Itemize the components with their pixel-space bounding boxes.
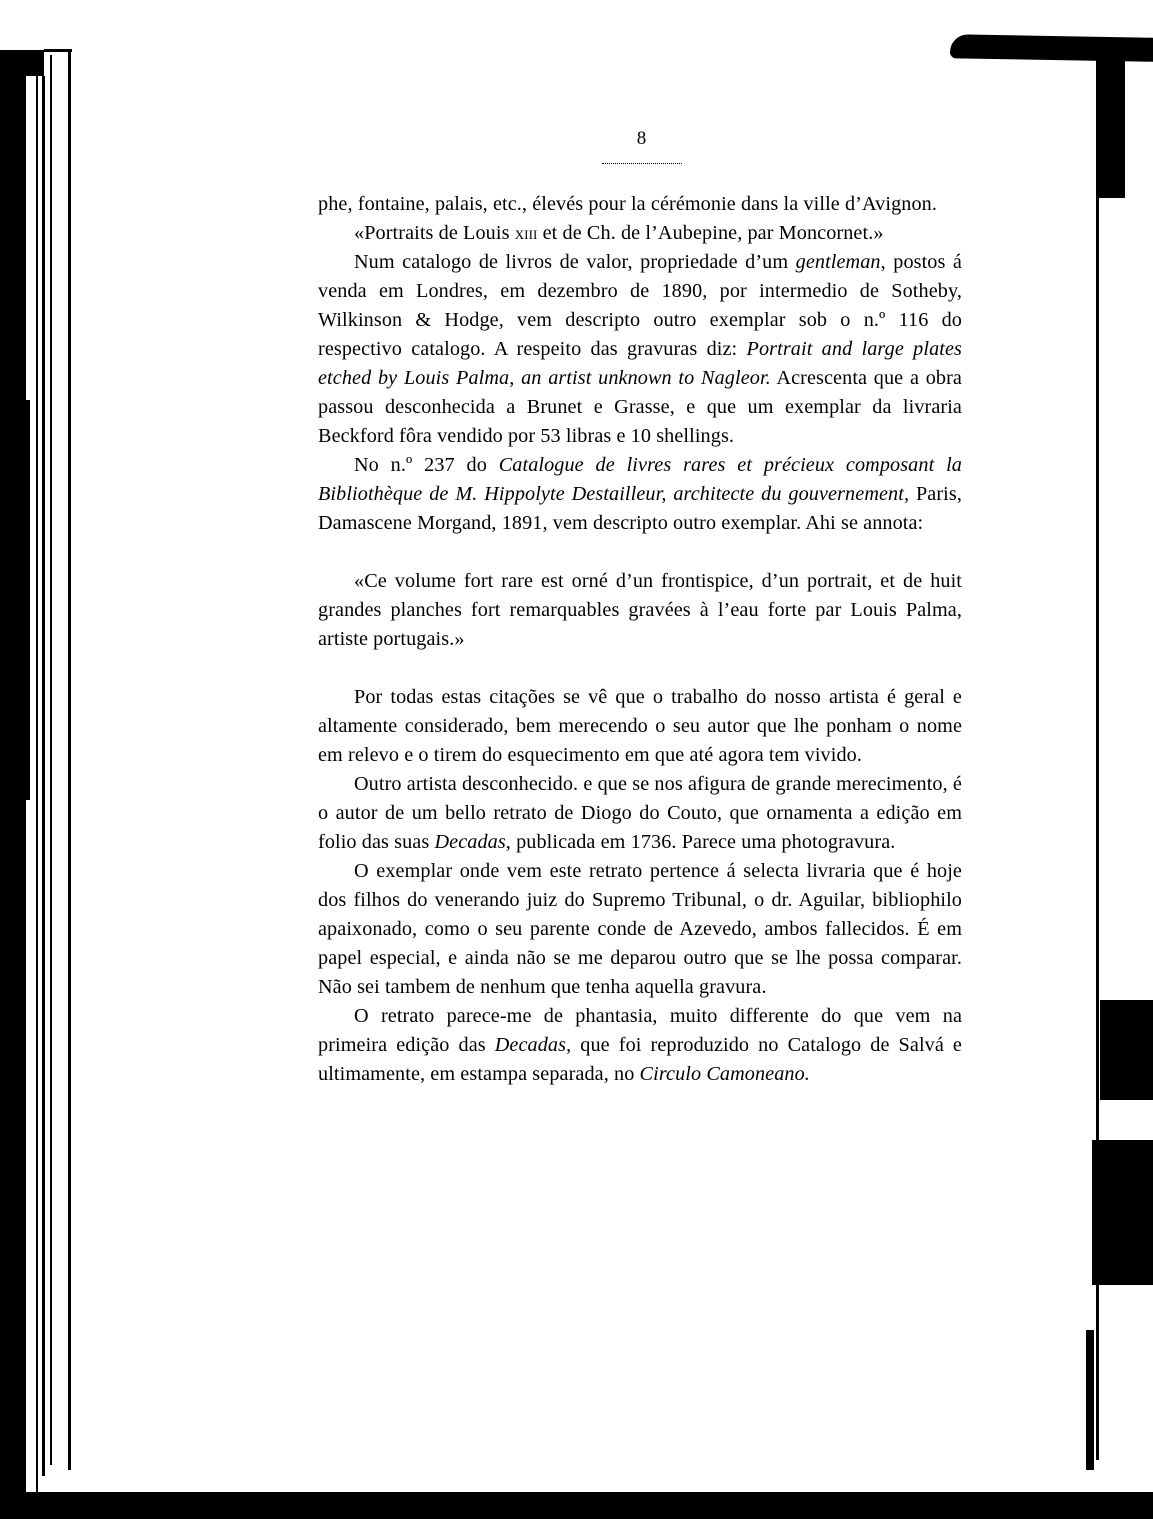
- paragraph: No n.º 237 do Catalogue de livres rares …: [318, 451, 962, 538]
- page-edge-right: [1096, 60, 1099, 1460]
- scan-border-top: [950, 34, 1153, 62]
- block-quote: «Ce volume fort rare est orné d’un front…: [318, 567, 962, 654]
- body-text: phe, fontaine, palais, etc., élevés pour…: [318, 190, 962, 1089]
- paragraph: Outro artista desconhecido. e que se nos…: [318, 770, 962, 857]
- page-edge-top-cap: [44, 49, 72, 52]
- page-number-text: 8: [637, 128, 647, 150]
- italic-text: Circulo Camoneano.: [640, 1063, 810, 1085]
- text-segment: «Ce volume fort rare est orné d’un front…: [318, 570, 962, 650]
- paragraph: Por todas estas citações se vê que o tra…: [318, 683, 962, 770]
- page-edge-line: [42, 76, 45, 1476]
- page-edge-line: [36, 75, 38, 1495]
- page-edge-line: [50, 55, 52, 1465]
- scan-border-left-inner: [26, 50, 44, 76]
- paragraph: «Portraits de Louis xiii et de Ch. de l’…: [318, 219, 962, 248]
- page-edge-line: [68, 50, 71, 1470]
- scan-border-right-stub: [1086, 1330, 1094, 1470]
- italic-text: Decadas: [495, 1034, 566, 1056]
- paragraph: Num catalogo de livros de valor, proprie…: [318, 248, 962, 451]
- scan-border-bottom: [0, 1492, 1153, 1519]
- text-segment: , publicada em 1736. Parece uma photogra…: [506, 831, 896, 853]
- header-rule: [602, 163, 682, 164]
- text-segment: «Portraits de Louis: [354, 222, 515, 244]
- paragraph: phe, fontaine, palais, etc., élevés pour…: [318, 190, 962, 219]
- smallcaps-text: xiii: [515, 223, 538, 243]
- page-number: 8: [0, 128, 1153, 150]
- scan-border-right-block: [1092, 1140, 1153, 1285]
- text-segment: No n.º 237 do: [354, 454, 499, 476]
- italic-text: Decadas: [434, 831, 505, 853]
- italic-text: gentleman: [796, 251, 881, 273]
- text-segment: et de Ch. de l’Aubepine, par Moncornet.»: [537, 222, 883, 244]
- text-segment: Num catalogo de livros de valor, proprie…: [354, 251, 796, 273]
- paragraph: O retrato parece-me de phantasia, muito …: [318, 1002, 962, 1089]
- scan-border-left-band: [10, 400, 30, 800]
- scan-border-right-block: [1100, 1000, 1153, 1100]
- text-segment: Por todas estas citações se vê que o tra…: [318, 686, 962, 766]
- paragraph: O exemplar onde vem este retrato pertenc…: [318, 857, 962, 1002]
- scan-border-left: [0, 50, 26, 1519]
- text-segment: O exemplar onde vem este retrato pertenc…: [318, 860, 962, 998]
- text-segment: phe, fontaine, palais, etc., élevés pour…: [318, 193, 937, 215]
